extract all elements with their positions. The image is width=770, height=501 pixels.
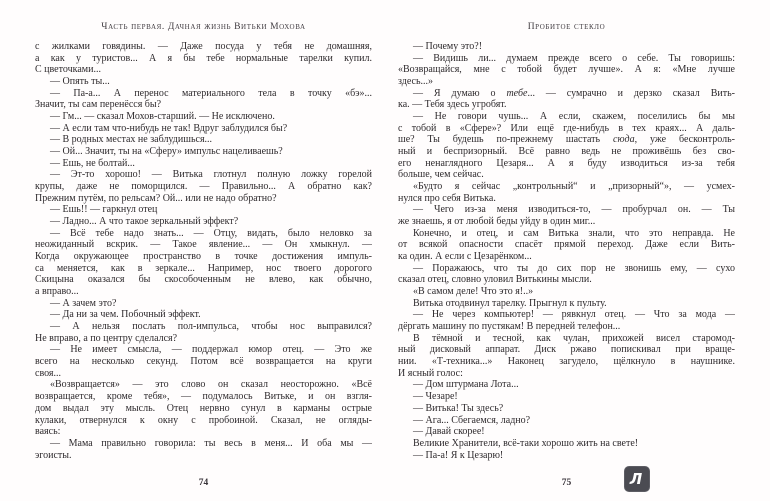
text-line: — Па-а... А перенос материального тела в…	[35, 88, 372, 100]
text-line: — А нельзя послать пол-импульса, чтобы н…	[35, 321, 372, 333]
text-line: же знаешь, я от любой беды уйду в один м…	[398, 216, 735, 228]
text-line: с тобой в «Сфере»? Или ещё где-нибудь в …	[398, 123, 735, 135]
running-header-left: Часть первая. Дачная жизнь Витьки Мохова	[35, 21, 372, 33]
text-line: Витька отодвинул тарелку. Прыгнул к пуль…	[398, 298, 735, 310]
text-line: всего на несколько секунд. Потом всё воз…	[35, 356, 372, 368]
left-page: Часть первая. Дачная жизнь Витьки Мохова…	[35, 21, 372, 501]
text-line: его ненаглядного Цезаря... А я буду изво…	[398, 158, 735, 170]
text-line: — Ой... Значит, ты на «Сферу» импульс на…	[35, 146, 372, 158]
text-line: возвращается, кроме тебя», — подумалось …	[35, 391, 372, 403]
text-line: крупы, даже не поморщился. — Правильно..…	[35, 181, 372, 193]
text-line: ше? Ты будешь по-прежнему шастать сюда, …	[398, 134, 735, 146]
text-line: дом выдал эту мысль. Отец нервно сунул в…	[35, 403, 372, 415]
text-line: сказал отец, словно уловил Витькины мысл…	[398, 274, 735, 286]
text-line: — Ешь, не болтай...	[35, 158, 372, 170]
text-line: Когда окружающее пространство в точке до…	[35, 251, 372, 263]
text-line: дёргать машину по пустякам! В передней т…	[398, 321, 735, 333]
text-line: — Я думаю о тебе... — сумрачно и дерзко …	[398, 88, 735, 100]
labirint-logo-badge: Л	[624, 466, 650, 492]
text-line: — Не говори чушь... А если, скажем, посе…	[398, 111, 735, 123]
text-line: с жилками говядины. — Даже посуда у тебя…	[35, 41, 372, 53]
page-text-right: — Почему это?!— Видишь ли... думаем преж…	[398, 41, 735, 461]
text-line: своя...	[35, 368, 372, 380]
text-line: — Опять ты...	[35, 76, 372, 88]
text-line: — А зачем это?	[35, 298, 372, 310]
text-line: С цветочками...	[35, 64, 372, 76]
page-number-right: 75	[398, 478, 735, 488]
text-line: от всякой опасности спасёт прямой перехо…	[398, 239, 735, 251]
text-line: Не вправо, а по центру сделался?	[35, 333, 372, 345]
text-line: Прежним путём, по рельсам? Ой... или не …	[35, 193, 372, 205]
text-line: — Чего из-за меня изводиться-то, — пробу…	[398, 204, 735, 216]
text-line: «В самом деле! Что это я!..»	[398, 286, 735, 298]
text-line: — Эт-то хорошо! — Витька глотнул полную …	[35, 169, 372, 181]
text-line: В тёмной и тесной, как чулан, прихожей в…	[398, 333, 735, 345]
text-line: — Почему это?!	[398, 41, 735, 53]
text-line: — Па-а! Я к Цезарю!	[398, 450, 735, 462]
text-line: — Витька! Ты здесь?	[398, 403, 735, 415]
text-line: «Будто я сейчас „контрольный“ и „призорн…	[398, 181, 735, 193]
text-line: нии. «Т-техника...» Наконец загудело, щё…	[398, 356, 735, 368]
text-line: — Всё тебе надо знать... — Отцу, видать,…	[35, 228, 372, 240]
text-line: Значит, ты сам перенёсся бы?	[35, 99, 372, 111]
text-line: ка. — Тебя здесь угробят.	[398, 99, 735, 111]
text-line: — Да ни за чем. Побочный эффект.	[35, 309, 372, 321]
text-line: а вправо...	[35, 286, 372, 298]
text-line: ный дисковый аппарат. Диск ржаво пописки…	[398, 344, 735, 356]
text-line: — Не через компьютер! — рявкнул отец. — …	[398, 309, 735, 321]
text-line: — Гм... — сказал Мохов-старший. — Не иск…	[35, 111, 372, 123]
text-line: — Ага... Сбегаемся, ладно?	[398, 415, 735, 427]
text-line: а как у туристов... А я бы тебе нормальн…	[35, 53, 372, 65]
book-spread: Часть первая. Дачная жизнь Витьки Мохова…	[0, 0, 770, 501]
text-line: — А если там что-нибудь не так! Вдруг за…	[35, 123, 372, 135]
logo-letter: Л	[630, 472, 642, 487]
text-line: — Поражаюсь, что ты до сих пор не звониш…	[398, 263, 735, 275]
right-page: Пробитое стекло — Почему это?!— Видишь л…	[398, 21, 735, 501]
text-line: — Ешь!! — гаркнул отец	[35, 204, 372, 216]
text-line: — Давай скорее!	[398, 426, 735, 438]
text-line: здесь...»	[398, 76, 735, 88]
text-line: кулаки, отвернулся к окну с пробоиной. С…	[35, 415, 372, 427]
text-line: са меняется, как в зеркале... Например, …	[35, 263, 372, 275]
text-line: — В родных местах не заблудишься...	[35, 134, 372, 146]
text-line: Скицына оказался бы скособоченным не вле…	[35, 274, 372, 286]
text-line: эгоисты.	[35, 450, 372, 462]
text-line: Великие Хранители, всё-таки хорошо жить …	[398, 438, 735, 450]
text-line: нулся про себя Витька.	[398, 193, 735, 205]
text-line: неожиданный вскрик. — Такое явление... —…	[35, 239, 372, 251]
text-line: ваясь:	[35, 426, 372, 438]
text-line: ка один. А если с Цезарёнком...	[398, 251, 735, 263]
text-line: — Чезаре!	[398, 391, 735, 403]
text-line: — Ладно... А что такое зеркальный эффект…	[35, 216, 372, 228]
text-line: «Возвращается» — это слово он сказал нео…	[35, 379, 372, 391]
running-header-right: Пробитое стекло	[398, 21, 735, 33]
text-line: И ясный голос:	[398, 368, 735, 380]
text-line: — Мама правильно говорила: ты весь в мен…	[35, 438, 372, 450]
text-line: Конечно, и отец, и сам Витька знали, что…	[398, 228, 735, 240]
page-number-left: 74	[35, 478, 372, 488]
text-line: — Не имеет смысла, — поддержал юмор отец…	[35, 344, 372, 356]
text-line: больше, чем сейчас.	[398, 169, 735, 181]
text-line: ный и беспризорный. Всё равно ведь не пр…	[398, 146, 735, 158]
page-text-left: с жилками говядины. — Даже посуда у тебя…	[35, 41, 372, 461]
text-line: — Видишь ли... думаем прежде всего о себ…	[398, 53, 735, 65]
text-line: — Дом штурмана Лота...	[398, 379, 735, 391]
text-line: «Возвращайся, мне с тобой будет лучше». …	[398, 64, 735, 76]
